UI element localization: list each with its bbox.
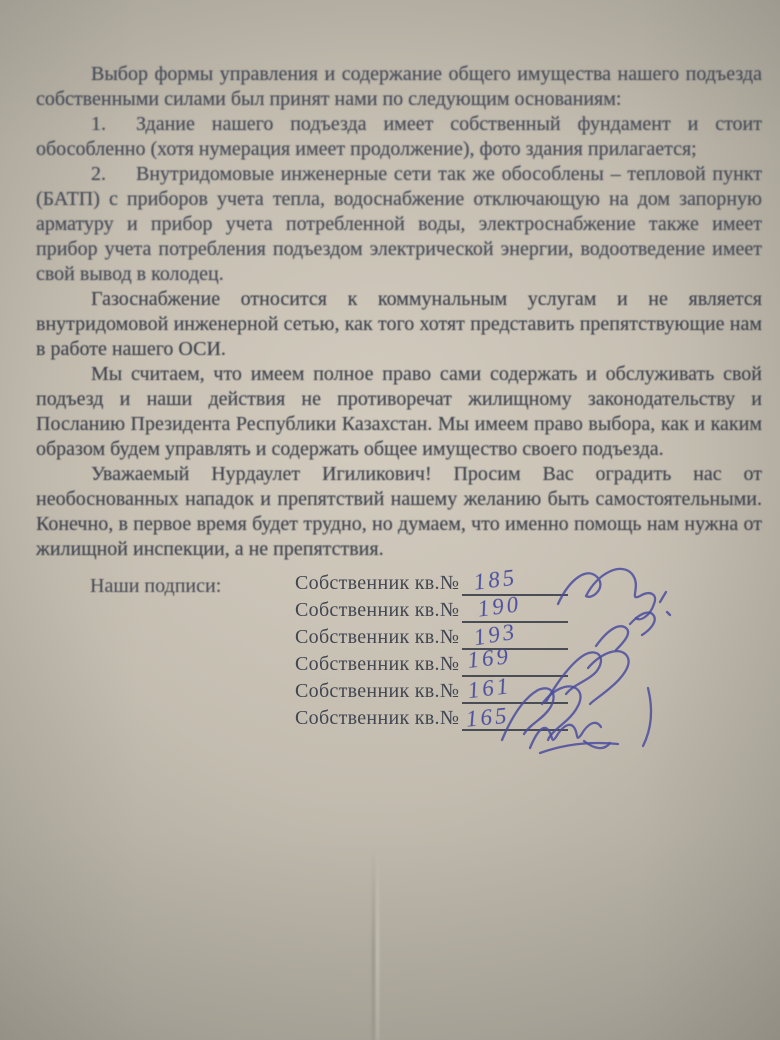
apartment-number-line: 161 [462, 678, 568, 704]
signatures-label: Наши подписи: [36, 570, 295, 732]
signature-row: Собственник кв.№193 [295, 624, 762, 651]
apartment-number-line: 190 [462, 597, 568, 623]
handwritten-apartment-number: 161 [461, 673, 513, 705]
owner-label: Собственник кв.№ [295, 653, 459, 675]
owner-label: Собственник кв.№ [295, 572, 459, 594]
paper-fold-line [372, 845, 375, 1040]
handwritten-apartment-number: 165 [461, 703, 511, 733]
signature-row: Собственник кв.№161 [295, 678, 762, 705]
signature-stroke [584, 741, 610, 748]
signature-row: Собственник кв.№165 [295, 705, 762, 732]
apartment-number-line: 165 [462, 705, 568, 731]
signature-rows: Собственник кв.№185 Собственник кв.№190 … [295, 570, 762, 732]
paper-fold-highlight [376, 845, 379, 1040]
paragraph: Выбор формы управления и содержание обще… [36, 62, 762, 112]
paragraph: Газоснабжение относится к коммунальным у… [36, 287, 762, 362]
paragraph: 1. Здание нашего подъезда имеет собствен… [36, 112, 762, 162]
signature-block: Наши подписи: Собственник кв.№185 Собств… [36, 570, 762, 732]
paragraph: Уважаемый Нурдаулет Игиликович! Просим В… [36, 462, 762, 562]
apartment-number-line: 169 [462, 651, 568, 677]
signature-row: Собственник кв.№185 [295, 570, 762, 597]
photographed-document: Выбор формы управления и содержание обще… [0, 0, 780, 1040]
owner-label: Собственник кв.№ [295, 599, 459, 621]
signature-row: Собственник кв.№169 [295, 651, 762, 678]
document-text: Выбор формы управления и содержание обще… [36, 62, 762, 732]
paragraph: Мы считаем, что имеем полное право сами … [36, 362, 762, 462]
paragraph: 2. Внутридомовые инженерные сети так же … [36, 162, 762, 287]
signature-stroke [540, 743, 618, 753]
owner-label: Собственник кв.№ [295, 626, 459, 648]
owner-label: Собственник кв.№ [295, 707, 459, 729]
handwritten-apartment-number: 169 [460, 644, 512, 675]
owner-label: Собственник кв.№ [295, 680, 459, 702]
signature-row: Собственник кв.№190 [295, 597, 762, 624]
